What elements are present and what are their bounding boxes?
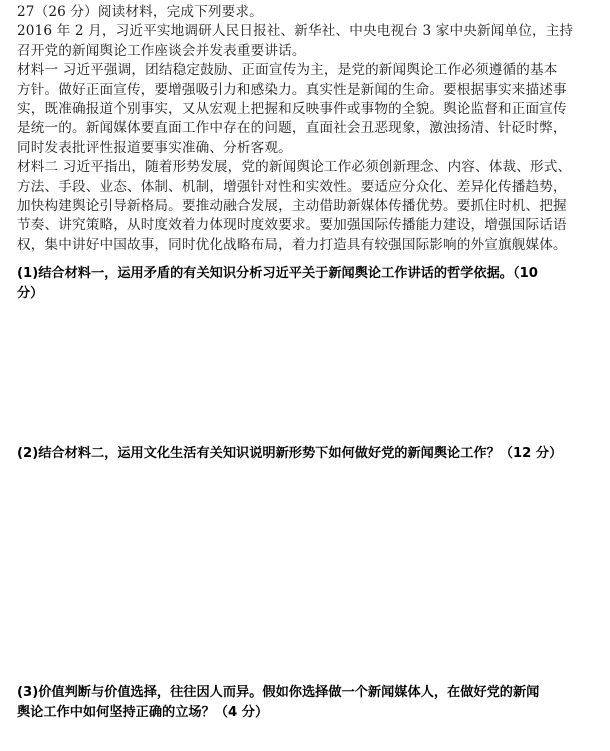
question-passage: 27（26 分）阅读材料，完成下列要求。 2016 年 2 月，习近平实地调研人… (17, 3, 597, 255)
material-1-line: 同时发表批评性报道要事实准确、分析客观。 (17, 139, 597, 158)
sub-question-1-line: 分） (17, 284, 597, 304)
sub-question-3-line: (3)价值判断与价值选择，往往因人而异。假如你选择做一个新闻媒体人，在做好党的新… (17, 683, 597, 703)
material-1-line: 方针。做好正面宣传，要增强吸引力和感染力。真实性是新闻的生命。要根据事实来描述事 (17, 81, 597, 100)
material-2-line: 方法、手段、业态、体制、机制，增强针对性和实效性。要适应分众化、差异化传播趋势， (17, 178, 597, 197)
intro-line: 2016 年 2 月，习近平实地调研人民日报社、新华社、中央电视台 3 家中央新… (17, 22, 597, 41)
sub-question-2-line: (2)结合材料二，运用文化生活有关知识说明新形势下如何做好党的新闻舆论工作？（1… (17, 444, 597, 464)
sub-question-3-line: 舆论工作中如何坚持正确的立场？（4 分） (17, 703, 597, 723)
material-1-line: 是统一的。新闻媒体要直面工作中存在的问题，直面社会丑恶现象，激浊扬清、针砭时弊， (17, 119, 597, 138)
sub-question-1: (1)结合材料一，运用矛盾的有关知识分析习近平关于新闻舆论工作讲话的哲学依据。（… (17, 264, 597, 304)
answer-space-1[interactable] (17, 306, 593, 440)
material-2-line: 加快构建舆论引导新格局。要推动融合发展，主动借助新媒体传播优势。要抓住时机、把握 (17, 197, 597, 216)
question-header: 27（26 分）阅读材料，完成下列要求。 (17, 3, 597, 22)
material-2-line: 材料二 习近平指出，随着形势发展，党的新闻舆论工作必须创新理念、内容、体裁、形式… (17, 158, 597, 177)
intro-line: 召开党的新闻舆论工作座谈会并发表重要讲话。 (17, 42, 597, 61)
material-2-line: 权，集中讲好中国故事，同时优化战略布局，着力打造具有较强国际影响的外宣旗舰媒体。 (17, 236, 597, 255)
sub-question-3: (3)价值判断与价值选择，往往因人而异。假如你选择做一个新闻媒体人，在做好党的新… (17, 683, 597, 723)
material-2-line: 节奏、讲究策略，从时度效着力体现时度效要求。要加强国际传播能力建设，增强国际话语 (17, 216, 597, 235)
material-1-line: 材料一 习近平强调，团结稳定鼓励、正面宣传为主，是党的新闻舆论工作必须遵循的基本 (17, 61, 597, 80)
sub-question-1-line: (1)结合材料一，运用矛盾的有关知识分析习近平关于新闻舆论工作讲话的哲学依据。（… (17, 264, 597, 284)
material-1-line: 实，既准确报道个别事实，又从宏观上把握和反映事件或事物的全貌。舆论监督和正面宣传 (17, 100, 597, 119)
sub-question-2: (2)结合材料二，运用文化生活有关知识说明新形势下如何做好党的新闻舆论工作？（1… (17, 444, 597, 464)
answer-space-2[interactable] (17, 466, 593, 680)
